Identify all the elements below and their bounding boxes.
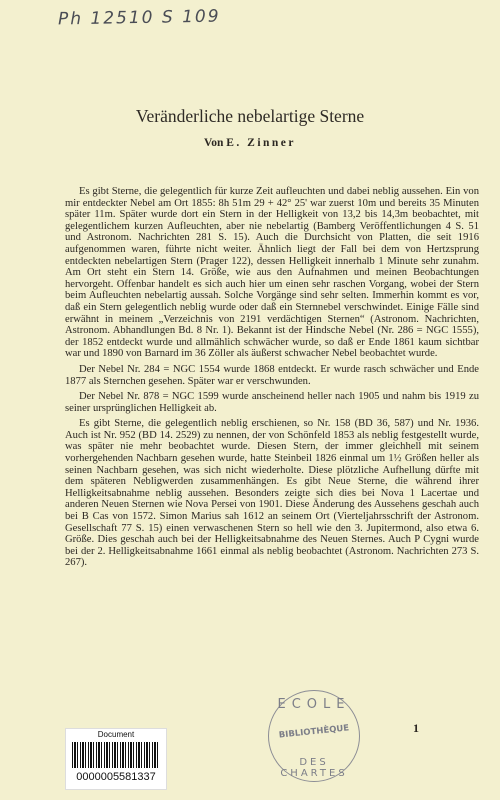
article-body: Es gibt Sterne, die gelegentlich für kur… bbox=[65, 186, 479, 573]
handwritten-shelfmark: Ph 12510 S 109 bbox=[58, 7, 221, 30]
barcode-icon bbox=[72, 742, 160, 768]
library-stamp: ECOLE BIBLIOTHÈQUE DES CHARTES bbox=[268, 690, 360, 782]
article-title: Veränderliche nebelartige Sterne bbox=[0, 106, 500, 127]
page-number: 1 bbox=[413, 721, 419, 736]
author-name: E. Zinner bbox=[226, 137, 296, 149]
paragraph: Der Nebel Nr. 878 = NGC 1599 wurde ansch… bbox=[65, 391, 479, 414]
author-line: Von E. Zinner bbox=[0, 137, 500, 149]
paragraph: Es gibt Sterne, die gelegentlich für kur… bbox=[65, 186, 479, 360]
paragraph: Der Nebel Nr. 284 = NGC 1554 wurde 1868 … bbox=[65, 364, 479, 387]
barcode-caption: Document bbox=[66, 730, 166, 739]
paragraph: Es gibt Sterne, die gelegentlich neblig … bbox=[65, 418, 479, 569]
barcode-number: 0000005581337 bbox=[66, 771, 166, 783]
barcode-label: Document 0000005581337 bbox=[65, 728, 167, 790]
stamp-top-text: ECOLE bbox=[269, 697, 359, 712]
stamp-middle-text: BIBLIOTHÈQUE bbox=[269, 722, 360, 741]
stamp-bottom-text: DES CHARTES bbox=[269, 757, 359, 779]
author-prefix: Von bbox=[204, 137, 223, 149]
